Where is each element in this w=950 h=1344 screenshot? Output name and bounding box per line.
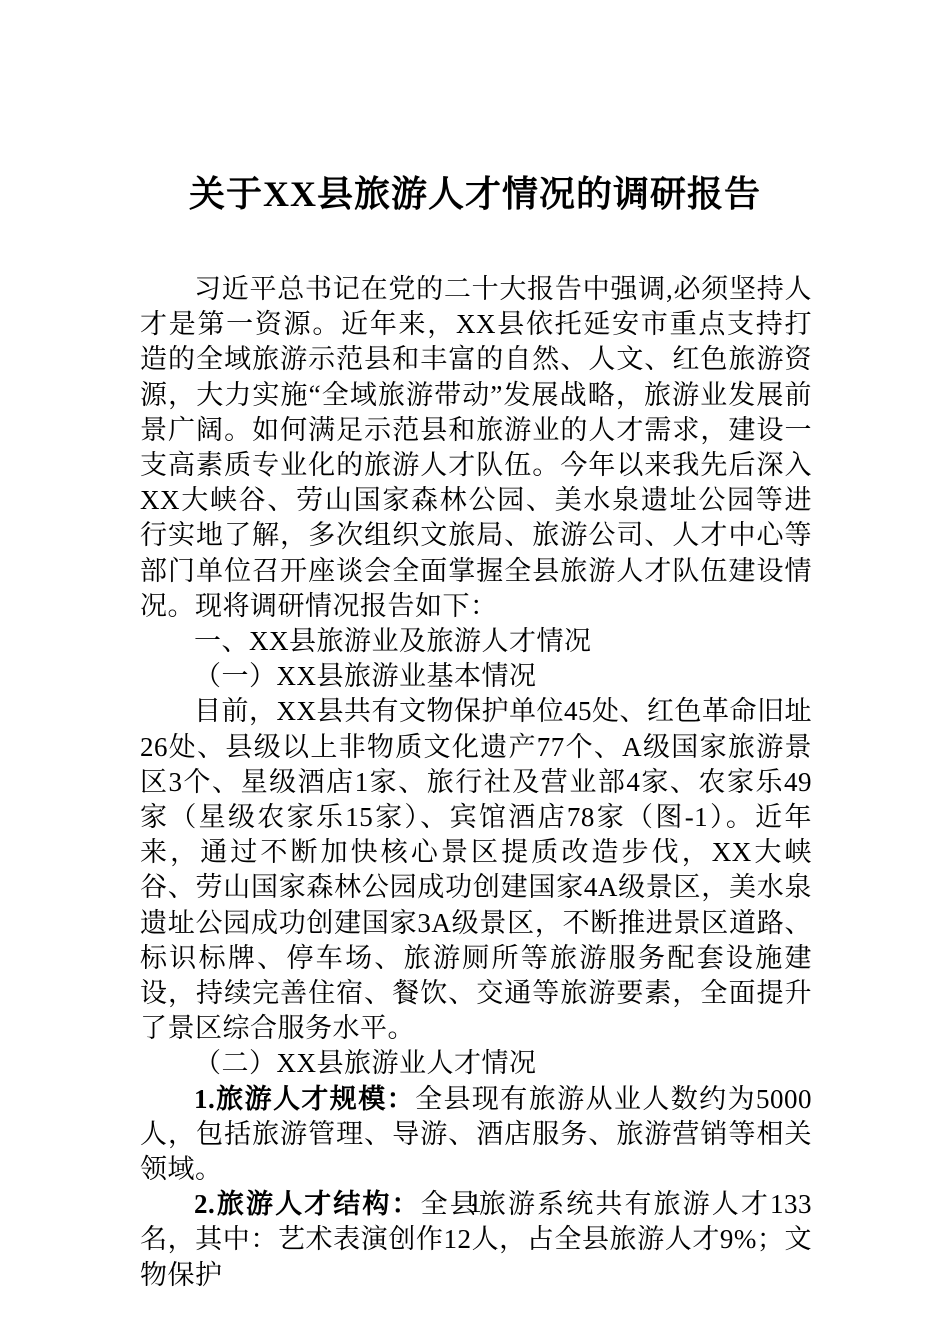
document-title: 关于XX县旅游人才情况的调研报告 xyxy=(0,0,950,218)
heading-subsection-one: （一）XX县旅游业基本情况 xyxy=(140,659,812,694)
paragraph-text: 习近平总书记在党的二十大报告中强调,必须坚持人才是第一资源。近年来，XX县依托延… xyxy=(140,274,812,621)
paragraph-text: 一、XX县旅游业及旅游人才情况 xyxy=(194,626,592,656)
paragraph-text: （一）XX县旅游业基本情况 xyxy=(194,661,537,691)
document-page: 关于XX县旅游人才情况的调研报告 习近平总书记在党的二十大报告中强调,必须坚持人… xyxy=(0,0,950,1344)
talent-scale-paragraph: 1.旅游人才规模：全县现有旅游从业人数约为5000人，包括旅游管理、导游、酒店服… xyxy=(140,1082,812,1188)
intro-paragraph: 习近平总书记在党的二十大报告中强调,必须坚持人才是第一资源。近年来，XX县依托延… xyxy=(140,272,812,624)
heading-subsection-two: （二）XX县旅游业人才情况 xyxy=(140,1046,812,1081)
tourism-overview-paragraph: 目前，XX县共有文物保护单位45处、红色革命旧址26处、县级以上非物质文化遗产7… xyxy=(140,694,812,1046)
paragraph-bold-lead: 1.旅游人才规模： xyxy=(194,1084,415,1114)
paragraph-text: 目前，XX县共有文物保护单位45处、红色革命旧址26处、县级以上非物质文化遗产7… xyxy=(140,696,812,1043)
heading-section-one: 一、XX县旅游业及旅游人才情况 xyxy=(140,624,812,659)
paragraph-text: （二）XX县旅游业人才情况 xyxy=(194,1048,537,1078)
page-number: 1 xyxy=(0,1186,950,1220)
document-body: 习近平总书记在党的二十大报告中强调,必须坚持人才是第一资源。近年来，XX县依托延… xyxy=(140,272,812,1293)
